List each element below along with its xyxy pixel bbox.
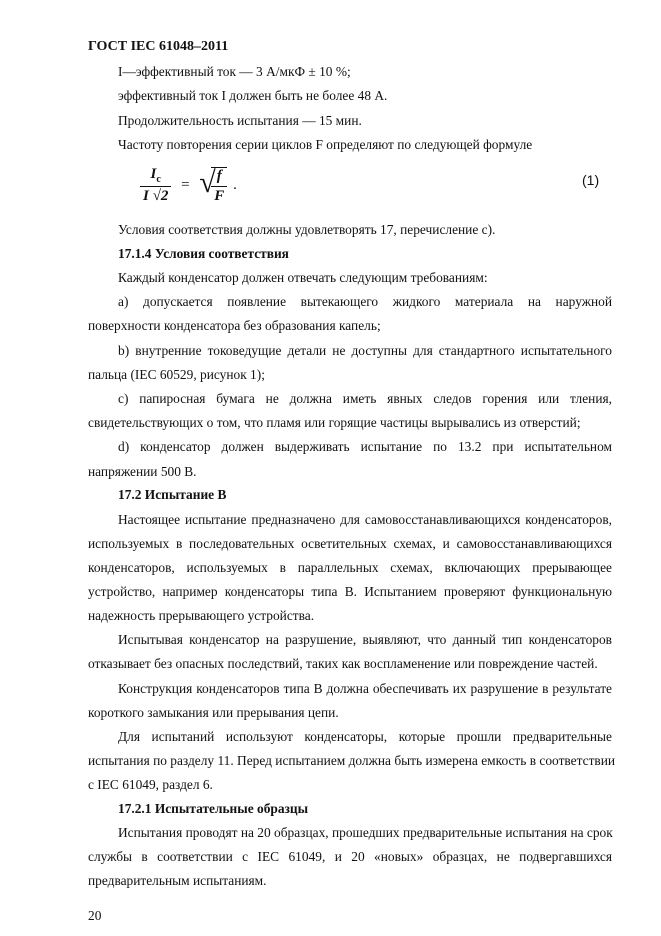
list-item-c: с) папиросная бумага не должна иметь явн… [118,391,612,407]
text-line: Каждый конденсатор должен отвечать следу… [118,270,612,286]
text-line: с IEC 61049, раздел 6. [88,777,612,793]
list-item-b-cont: пальца (IEC 60529, рисунок 1); [88,367,612,383]
page-number: 20 [88,908,101,924]
list-item-b: b) внутренние токоведущие детали не дост… [118,343,612,359]
text-line: Настоящее испытание предназначено для са… [118,512,612,528]
formula-sub: c [156,174,160,185]
document-header: ГОСТ IEC 61048–2011 [88,39,228,55]
list-item-d: d) конденсатор должен выдерживать испыта… [118,439,612,455]
text-line: Частоту повторения серии циклов F опреде… [118,137,612,153]
text-line: предварительным испытаниям. [88,873,612,889]
text-line: Для испытаний используют конденсаторы, к… [118,729,612,745]
text-line: Конструкция конденсаторов типа В должна … [118,681,612,697]
formula-lhs: Ic I √2 [140,166,171,205]
list-item-c-cont: свидетельствующих о том, что пламя или г… [88,415,612,431]
text-line: испытания по разделу 11. Перед испытание… [88,753,612,769]
formula-equals: = [181,177,189,194]
formula-period: . [233,177,237,194]
formula-den: I √2 [140,187,171,205]
list-item-d-cont: напряжении 500 В. [88,464,612,480]
text-line: Испытывая конденсатор на разрушение, выя… [118,632,612,648]
text-line: Испытания проводят на 20 образцах, проше… [118,825,612,841]
text-line: Продолжительность испытания — 15 мин. [118,113,612,129]
text-line: короткого замыкания или прерывания цепи. [88,705,612,721]
list-item-a-cont: поверхности конденсатора без образования… [88,318,612,334]
section-heading: 17.1.4 Условия соответствия [118,246,612,262]
text-line: I—эффективный ток — 3 А/мкФ ± 10 %; [118,64,612,80]
text-line: устройство, например конденсаторы типа В… [88,584,612,600]
text-line: отказывает без опасных последствий, таки… [88,656,612,672]
text-line: используемых в последовательных осветите… [88,536,612,552]
text-line: службы в соответствии с IEC 61049, и 20 … [88,849,612,865]
formula: Ic I √2 = √ fF . [140,166,243,216]
section-heading: 17.2 Испытание В [118,487,612,503]
section-heading: 17.2.1 Испытательные образцы [118,801,612,817]
equation-number: (1) [582,172,599,188]
formula-rhs: √ fF [199,167,227,205]
text-line: конденсаторов, используемых в параллельн… [88,560,612,576]
radical-icon: √ [199,163,215,203]
list-item-a: а) допускается появление вытекающего жид… [118,294,612,310]
text-line: Условия соответствия должны удовлетворят… [118,222,612,238]
text-line: надежность прерывающего устройства. [88,608,612,624]
text-line: эффективный ток I должен быть не более 4… [118,88,612,104]
